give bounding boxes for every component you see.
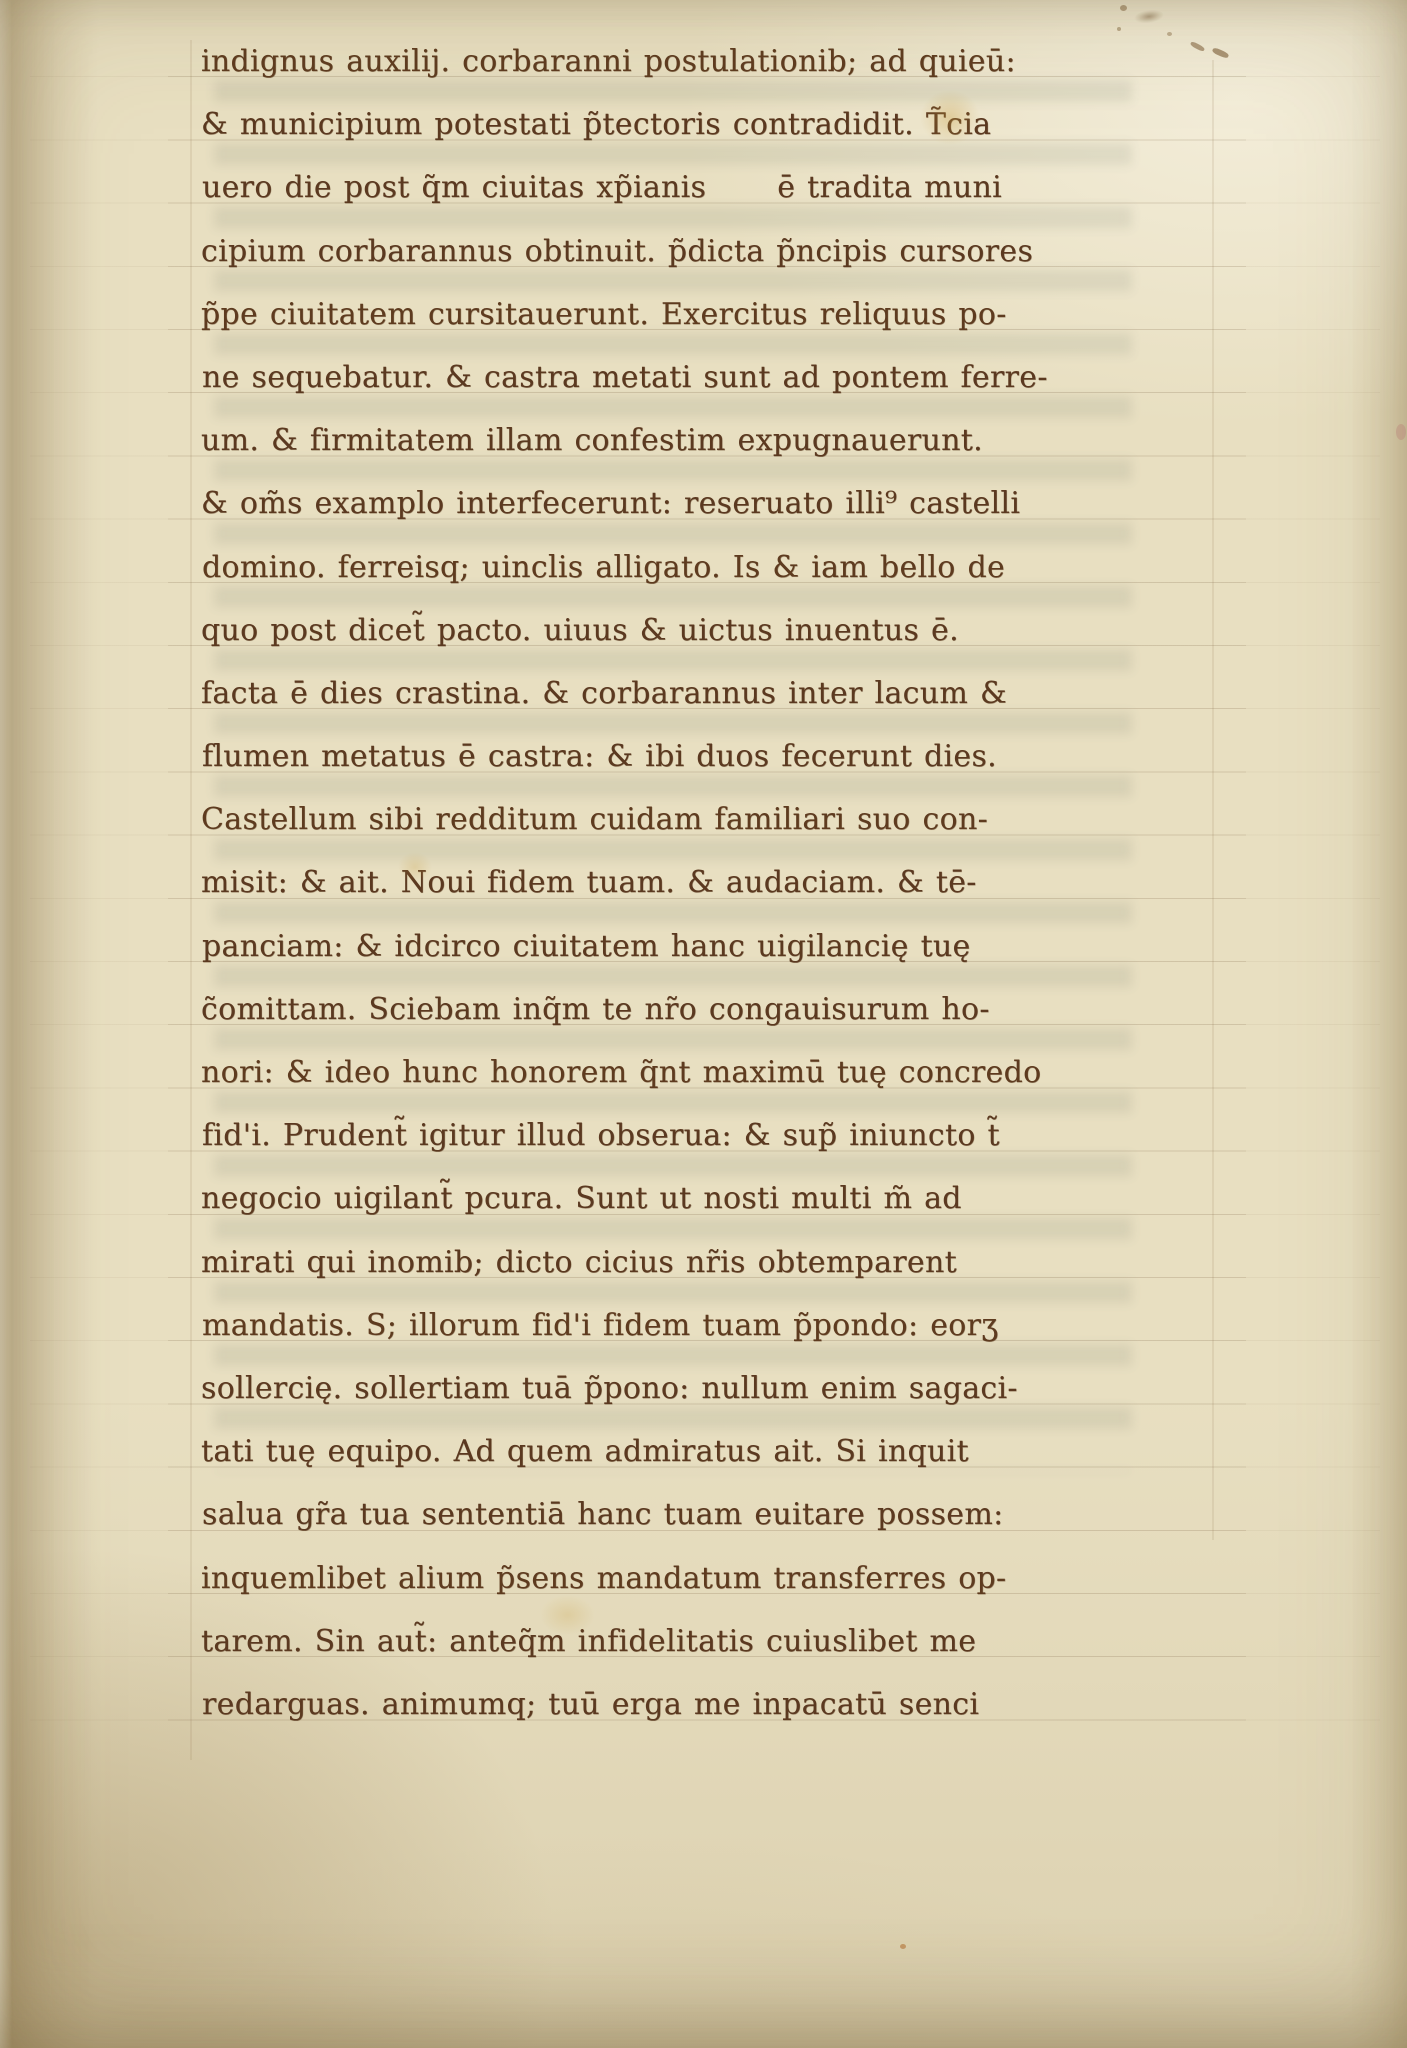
text-line: quo post dicet̃ pacto. uiuus & uictus in… (201, 599, 1041, 662)
text-line: p̃pe ciuitatem cursitauerunt. Exercitus … (201, 283, 1041, 346)
text-line: cipium corbarannus obtinuit. p̃dicta p̃n… (201, 220, 1041, 283)
text-line: negocio uigilant̃ pcura. Sunt ut nosti m… (201, 1167, 1041, 1230)
text-line: mandatis. S; illorum fid'i fidem tuam p̃… (202, 1294, 1042, 1357)
ink-speck (1120, 5, 1127, 11)
text-line: Castellum sibi redditum cuidam familiari… (201, 788, 1041, 851)
text-line: domino. ferreisq; uinclis alligato. Is &… (202, 536, 1042, 599)
text-line: mirati qui inomib; dicto cicius nr̃is ob… (201, 1231, 1041, 1294)
text-line: flumen metatus ē castra: & ibi duos fece… (202, 725, 1042, 788)
pigment-smudge (1396, 424, 1406, 440)
text-line: c̃omittam. Sciebam inq̃m te nr̃o congaui… (201, 978, 1041, 1041)
text-line: indignus auxilij. corbaranni postulation… (201, 30, 1041, 93)
text-block: indignus auxilij. corbaranni postulation… (201, 30, 1041, 1736)
text-line: salua gr̃a tua sententiā hanc tuam euita… (202, 1483, 1042, 1546)
text-line: tati tuę equipo. Ad quem admiratus ait. … (201, 1420, 1041, 1483)
text-line: facta ē dies crastina. & corbarannus int… (201, 662, 1041, 725)
margin-rule-left (190, 40, 192, 1760)
text-line: inquemlibet alium p̃sens mandatum transf… (201, 1547, 1041, 1610)
ink-speck (1117, 27, 1121, 31)
text-line: & municipium potestati p̃tectoris contra… (201, 93, 1041, 156)
ink-speck (1167, 32, 1172, 36)
text-line: nori: & ideo hunc honorem q̃nt maximū tu… (201, 1041, 1041, 1104)
manuscript-page: indignus auxilij. corbaranni postulation… (0, 0, 1407, 2048)
text-line: um. & firmitatem illam confestim expugna… (201, 409, 1041, 472)
margin-rule-right (1212, 60, 1214, 1540)
text-line: tarem. Sin aut̃: anteq̃m infidelitatis c… (201, 1610, 1041, 1673)
text-line: panciam: & idcirco ciuitatem hanc uigila… (202, 915, 1042, 978)
text-line: redarguas. animumq; tuū erga me inpacatū… (202, 1673, 1042, 1736)
text-line: ne sequebatur. & castra metati sunt ad p… (202, 346, 1042, 409)
page-edge (0, 0, 12, 2048)
text-line: uero die post q̃m ciuitas xp̃ianis ē tra… (202, 156, 1042, 219)
ink-speck (900, 1944, 906, 1949)
text-line: sollercię. sollertiam tuā p̃pono: nullum… (201, 1357, 1041, 1420)
text-line: & om̃s examplo interfecerunt: reseruato … (201, 472, 1041, 535)
text-line: fid'i. Prudent̃ igitur illud obserua: & … (202, 1104, 1042, 1167)
text-line: misit: & ait. Noui fidem tuam. & audacia… (201, 851, 1041, 914)
